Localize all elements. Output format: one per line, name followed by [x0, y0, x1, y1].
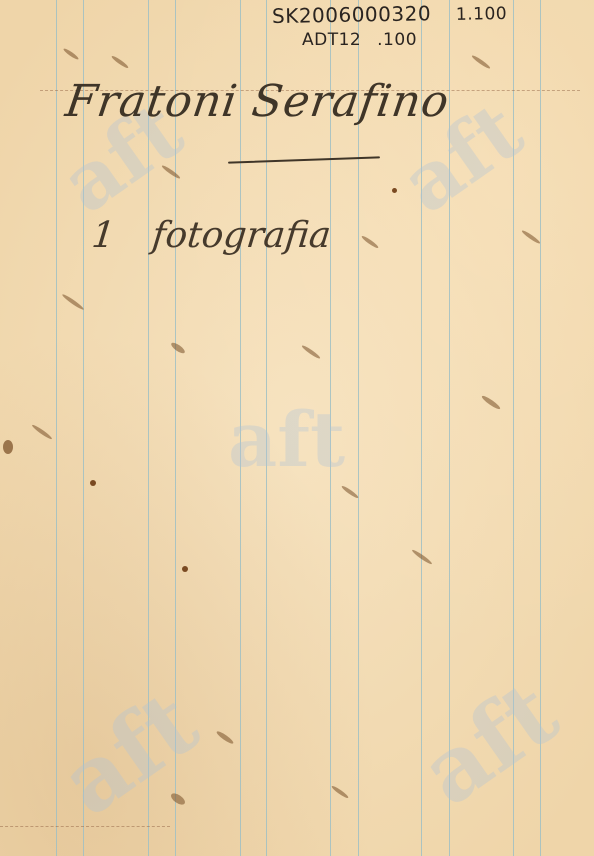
ruled-line [330, 0, 331, 856]
ruled-line [358, 0, 359, 856]
ink-bleed-mark [471, 54, 491, 70]
ink-bleed-mark [301, 344, 321, 360]
catalog-code: SK2006000320 [272, 1, 431, 28]
ruled-line [421, 0, 422, 856]
stain-spot [3, 440, 13, 454]
stain-spot [182, 566, 188, 572]
secondary-catalog-number: ADT12 .100 [302, 30, 417, 50]
ruled-line [175, 0, 176, 856]
ruled-line [148, 0, 149, 856]
watermark-text: aft [228, 395, 345, 484]
document-title-name: Fratoni Serafino [62, 76, 452, 127]
ink-bleed-mark [341, 485, 360, 500]
secondary-code: ADT12 [302, 30, 361, 50]
scanned-document-page: aft aft aft aft aft SK2006000320 1.100 A… [0, 0, 594, 856]
ruled-line [449, 0, 450, 856]
ink-bleed-mark [361, 235, 380, 250]
ruled-line [513, 0, 514, 856]
ink-bleed-mark [111, 55, 130, 70]
dashed-rule [0, 826, 170, 828]
ink-bleed-mark [215, 730, 234, 746]
ink-bleed-mark [481, 394, 502, 411]
ink-bleed-mark [31, 423, 53, 440]
item-description: 1 fotografia [90, 215, 333, 256]
ruled-line [83, 0, 84, 856]
ink-bleed-mark [170, 341, 187, 355]
ink-bleed-mark [161, 164, 181, 180]
ruled-line [56, 0, 57, 856]
catalog-suffix: 1.100 [456, 4, 508, 25]
ink-bleed-mark [169, 791, 187, 807]
ruled-line [240, 0, 241, 856]
catalog-number: SK2006000320 1.100 [272, 0, 507, 28]
ink-bleed-mark [521, 229, 541, 245]
ruled-line [540, 0, 541, 856]
ink-bleed-mark [331, 785, 350, 800]
stain-spot [90, 480, 96, 486]
stain-spot [392, 188, 397, 193]
watermark-text: aft [42, 670, 216, 836]
item-count: 1 [90, 215, 117, 256]
watermark-text: aft [402, 660, 576, 826]
ruled-line [266, 0, 267, 856]
ink-bleed-mark [61, 293, 85, 311]
item-label: fotografia [150, 215, 333, 256]
ink-bleed-mark [62, 47, 79, 61]
secondary-suffix: .100 [377, 30, 417, 50]
